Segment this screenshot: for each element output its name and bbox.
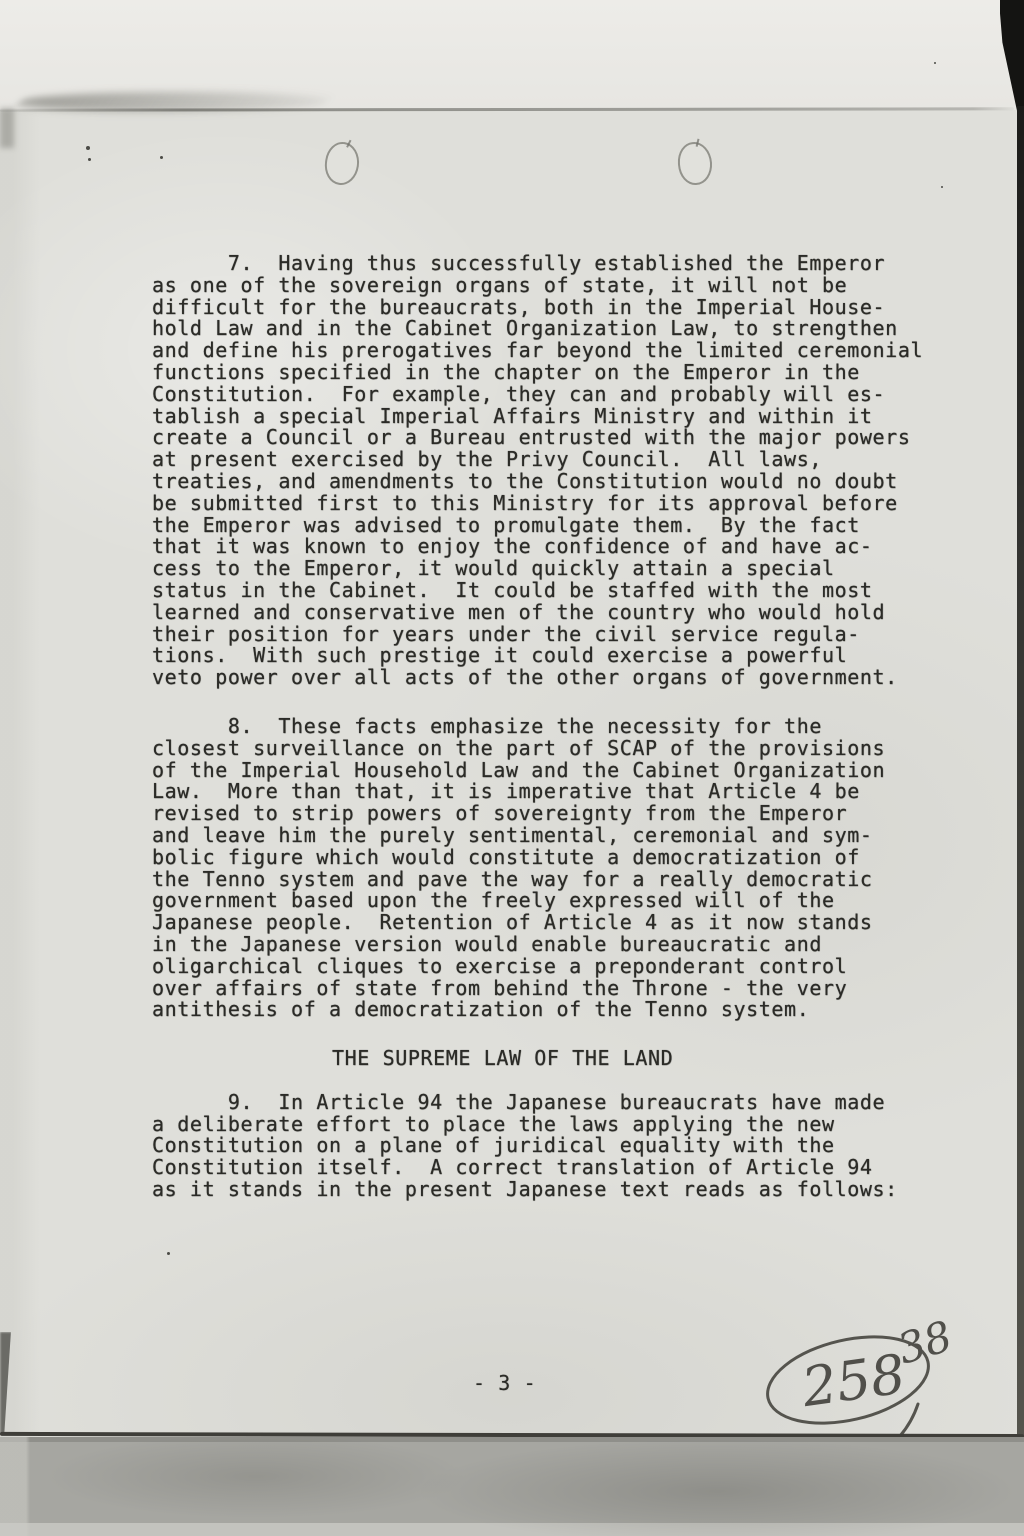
text-line: Constitution on a plane of juridical equ… — [152, 1135, 972, 1157]
scanner-bed-bottom — [0, 1437, 1024, 1536]
text-line: status in the Cabinet. It could be staff… — [152, 580, 972, 602]
text-line: as one of the sovereign organs of state,… — [152, 275, 972, 297]
text-line: that it was known to enjoy the confidenc… — [152, 536, 972, 558]
text-block: 7. Having thus successfully established … — [152, 253, 972, 1228]
text-line: Constitution itself. A correct translati… — [152, 1157, 972, 1179]
text-line: at present exercised by the Privy Counci… — [152, 449, 972, 471]
ink-speck — [88, 158, 91, 161]
text-line: 7. Having thus successfully established … — [152, 253, 972, 275]
text-line: closest surveillance on the part of SCAP… — [152, 738, 972, 760]
text-line: 8. These facts emphasize the necessity f… — [152, 716, 972, 738]
film-edge-right — [1017, 106, 1024, 1437]
text-line: hold Law and in the Cabinet Organization… — [152, 318, 972, 340]
text-line: create a Council or a Bureau entrusted w… — [152, 427, 972, 449]
paper-left-edge-shadow — [0, 108, 14, 148]
text-line: treaties, and amendments to the Constitu… — [152, 471, 972, 493]
text-line: the Emperor was advised to promulgate th… — [152, 515, 972, 537]
pencil-ellipse-tail — [900, 1404, 918, 1436]
text-line: in the Japanese version would enable bur… — [152, 934, 972, 956]
text-line: 9. In Article 94 the Japanese bureaucrat… — [152, 1092, 972, 1114]
section-heading: THE SUPREME LAW OF THE LAND — [332, 1048, 972, 1070]
text-line: their position for years under the civil… — [152, 624, 972, 646]
text-line: government based upon the freely express… — [152, 890, 972, 912]
text-line: antithesis of a democratization of the T… — [152, 999, 972, 1021]
text-line: the Tenno system and pave the way for a … — [152, 869, 972, 891]
ink-speck — [167, 1252, 170, 1255]
text-line: functions specified in the chapter on th… — [152, 362, 972, 384]
ink-speck — [86, 146, 90, 150]
ink-speck — [160, 156, 163, 159]
text-line: over affairs of state from behind the Th… — [152, 978, 972, 1000]
text-line: cess to the Emperor, it would quickly at… — [152, 558, 972, 580]
paragraph: 7. Having thus successfully established … — [152, 253, 972, 689]
paragraph: 9. In Article 94 the Japanese bureaucrat… — [152, 1092, 972, 1201]
text-line: tablish a special Imperial Affairs Minis… — [152, 406, 972, 428]
text-line: as it stands in the present Japanese tex… — [152, 1179, 972, 1201]
text-line: Constitution. For example, they can and … — [152, 384, 972, 406]
page-number: - 3 - — [473, 1371, 536, 1395]
text-line: be submitted first to this Ministry for … — [152, 493, 972, 515]
paragraph: 8. These facts emphasize the necessity f… — [152, 716, 972, 1021]
text-line: oligarchical cliques to exercise a prepo… — [152, 956, 972, 978]
text-line: Law. More than that, it is imperative th… — [152, 781, 972, 803]
text-line: Japanese people. Retention of Article 4 … — [152, 912, 972, 934]
ink-speck — [941, 186, 943, 188]
text-line: difficult for the bureaucrats, both in t… — [152, 297, 972, 319]
text-line: of the Imperial Household Law and the Ca… — [152, 760, 972, 782]
text-line: and leave him the purely sentimental, ce… — [152, 825, 972, 847]
text-line: learned and conservative men of the coun… — [152, 602, 972, 624]
text-line: and define his prerogatives far beyond t… — [152, 340, 972, 362]
text-line: bolic figure which would constitute a de… — [152, 847, 972, 869]
ink-speck — [934, 62, 936, 64]
scanned-document: 7. Having thus successfully established … — [0, 0, 1024, 1536]
text-line: revised to strip powers of sovereignty f… — [152, 803, 972, 825]
punch-hole-stem — [696, 139, 700, 147]
text-line: tions. With such prestige it could exerc… — [152, 645, 972, 667]
text-line: a deliberate effort to place the laws ap… — [152, 1114, 972, 1136]
text-line: veto power over all acts of the other or… — [152, 667, 972, 689]
